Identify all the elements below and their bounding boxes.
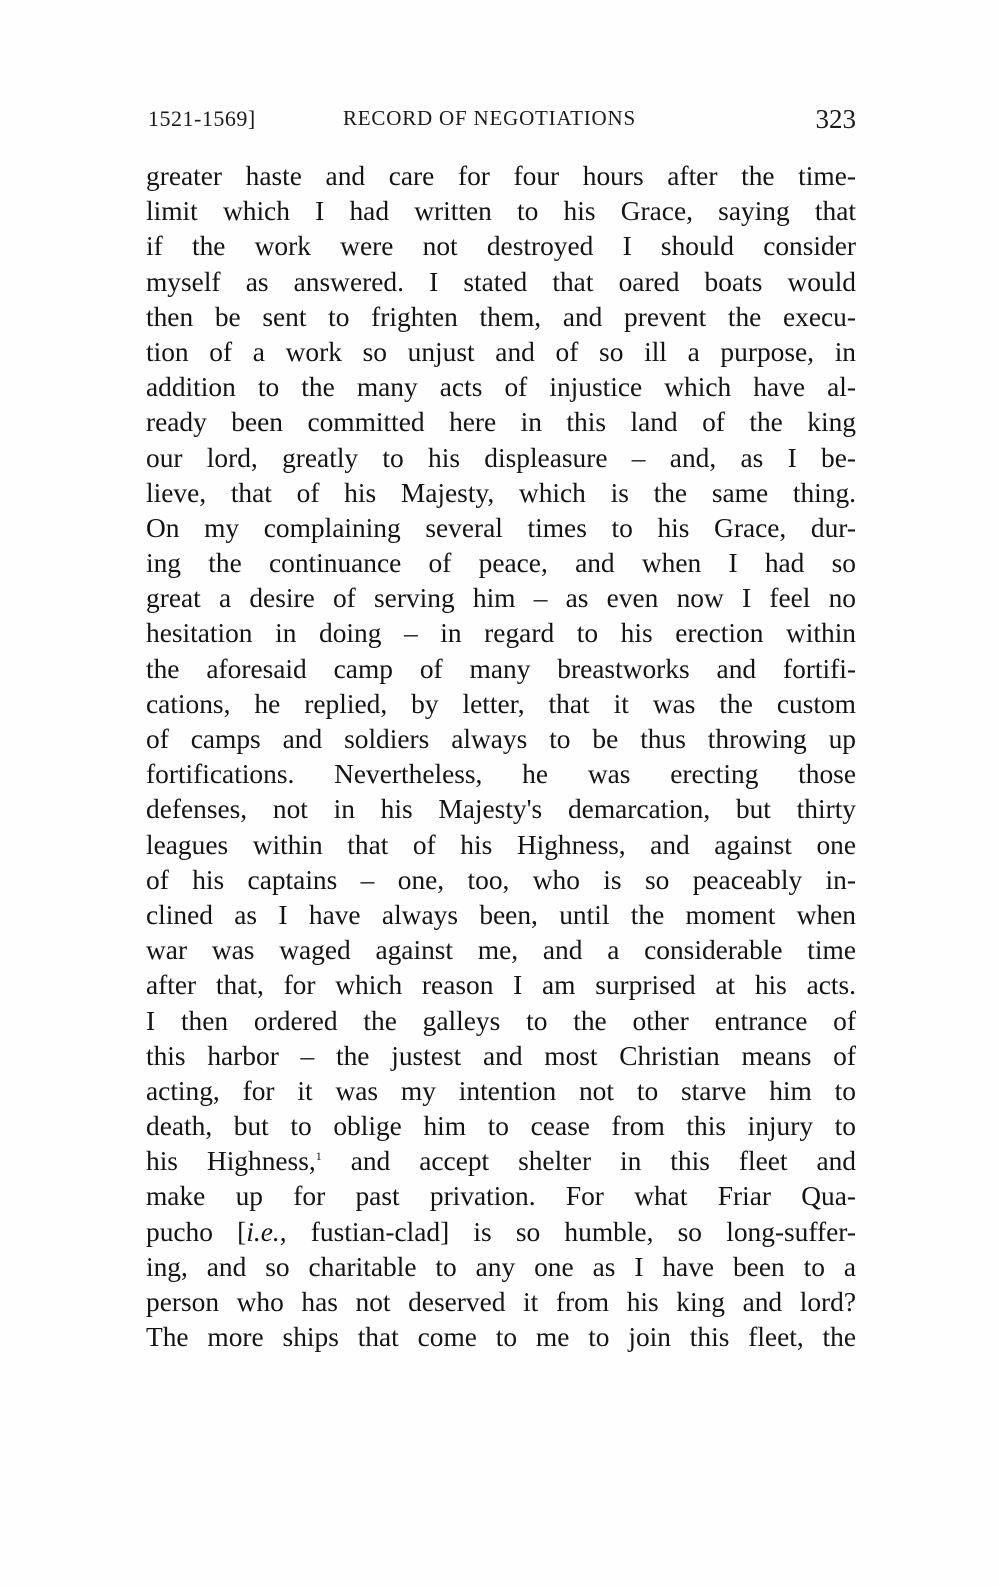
text-line: clined as I have always been, until the … (146, 898, 856, 933)
running-title: RECORD OF NEGOTIATIONS (343, 106, 636, 131)
text-line: person who has not deserved it from his … (146, 1285, 856, 1320)
text-line: the aforesaid camp of many breastworks a… (146, 652, 856, 687)
text-line: The more ships that come to me to join t… (146, 1320, 856, 1355)
text-line: hesitation in doing – in regard to his e… (146, 616, 856, 651)
body-text: greater haste and care for four hours af… (146, 159, 856, 1355)
text-segment: , fustian-clad] is so humble, so long-su… (280, 1217, 856, 1247)
text-line: acting, for it was my intention not to s… (146, 1074, 856, 1109)
text-line: tion of a work so unjust and of so ill a… (146, 335, 856, 370)
text-line: ready been committed here in this land o… (146, 405, 856, 440)
text-line: limit which I had written to his Grace, … (146, 194, 856, 229)
text-line: addition to the many acts of injustice w… (146, 370, 856, 405)
text-line: after that, for which reason I am surpri… (146, 968, 856, 1003)
text-line: of camps and soldiers always to be thus … (146, 722, 856, 757)
text-line: myself as answered. I stated that oared … (146, 265, 856, 300)
text-line: war was waged against me, and a consider… (146, 933, 856, 968)
text-line: this harbor – the justest and most Chris… (146, 1039, 856, 1074)
text-line: then be sent to frighten them, and preve… (146, 300, 856, 335)
text-line-with-italic: pucho [i.e., fustian-clad] is so humble,… (146, 1215, 856, 1250)
text-line: our lord, greatly to his displeasure – a… (146, 441, 856, 476)
text-line: leagues within that of his Highness, and… (146, 828, 856, 863)
text-line: I then ordered the galleys to the other … (146, 1004, 856, 1039)
text-line: greater haste and care for four hours af… (146, 159, 856, 194)
text-segment: pucho [ (146, 1217, 246, 1247)
text-line: if the work were not destroyed I should … (146, 229, 856, 264)
text-line: lieve, that of his Majesty, which is the… (146, 476, 856, 511)
text-line: ing, and so charitable to any one as I h… (146, 1250, 856, 1285)
text-line: defenses, not in his Majesty's demarcati… (146, 792, 856, 827)
text-line: fortifications. Nevertheless, he was ere… (146, 757, 856, 792)
text-line-with-footnote: his Highness,1 and accept shelter in thi… (146, 1144, 856, 1179)
page-number: 323 (816, 104, 857, 135)
text-line: great a desire of serving him – as even … (146, 581, 856, 616)
text-line: cations, he replied, by letter, that it … (146, 687, 856, 722)
text-line: On my complaining several times to his G… (146, 511, 856, 546)
text-line: of his captains – one, too, who is so pe… (146, 863, 856, 898)
book-page: 1521-1569] RECORD OF NEGOTIATIONS 323 gr… (0, 0, 999, 1587)
text-line: ing the continuance of peace, and when I… (146, 546, 856, 581)
italic-abbreviation: i.e. (246, 1217, 279, 1247)
text-segment: and accept shelter in this fleet and (322, 1146, 856, 1176)
text-line: make up for past privation. For what Fri… (146, 1179, 856, 1214)
text-line: death, but to oblige him to cease from t… (146, 1109, 856, 1144)
text-segment: his Highness, (146, 1146, 316, 1176)
date-range: 1521-1569] (148, 106, 256, 132)
running-header: 1521-1569] RECORD OF NEGOTIATIONS 323 (148, 104, 856, 138)
